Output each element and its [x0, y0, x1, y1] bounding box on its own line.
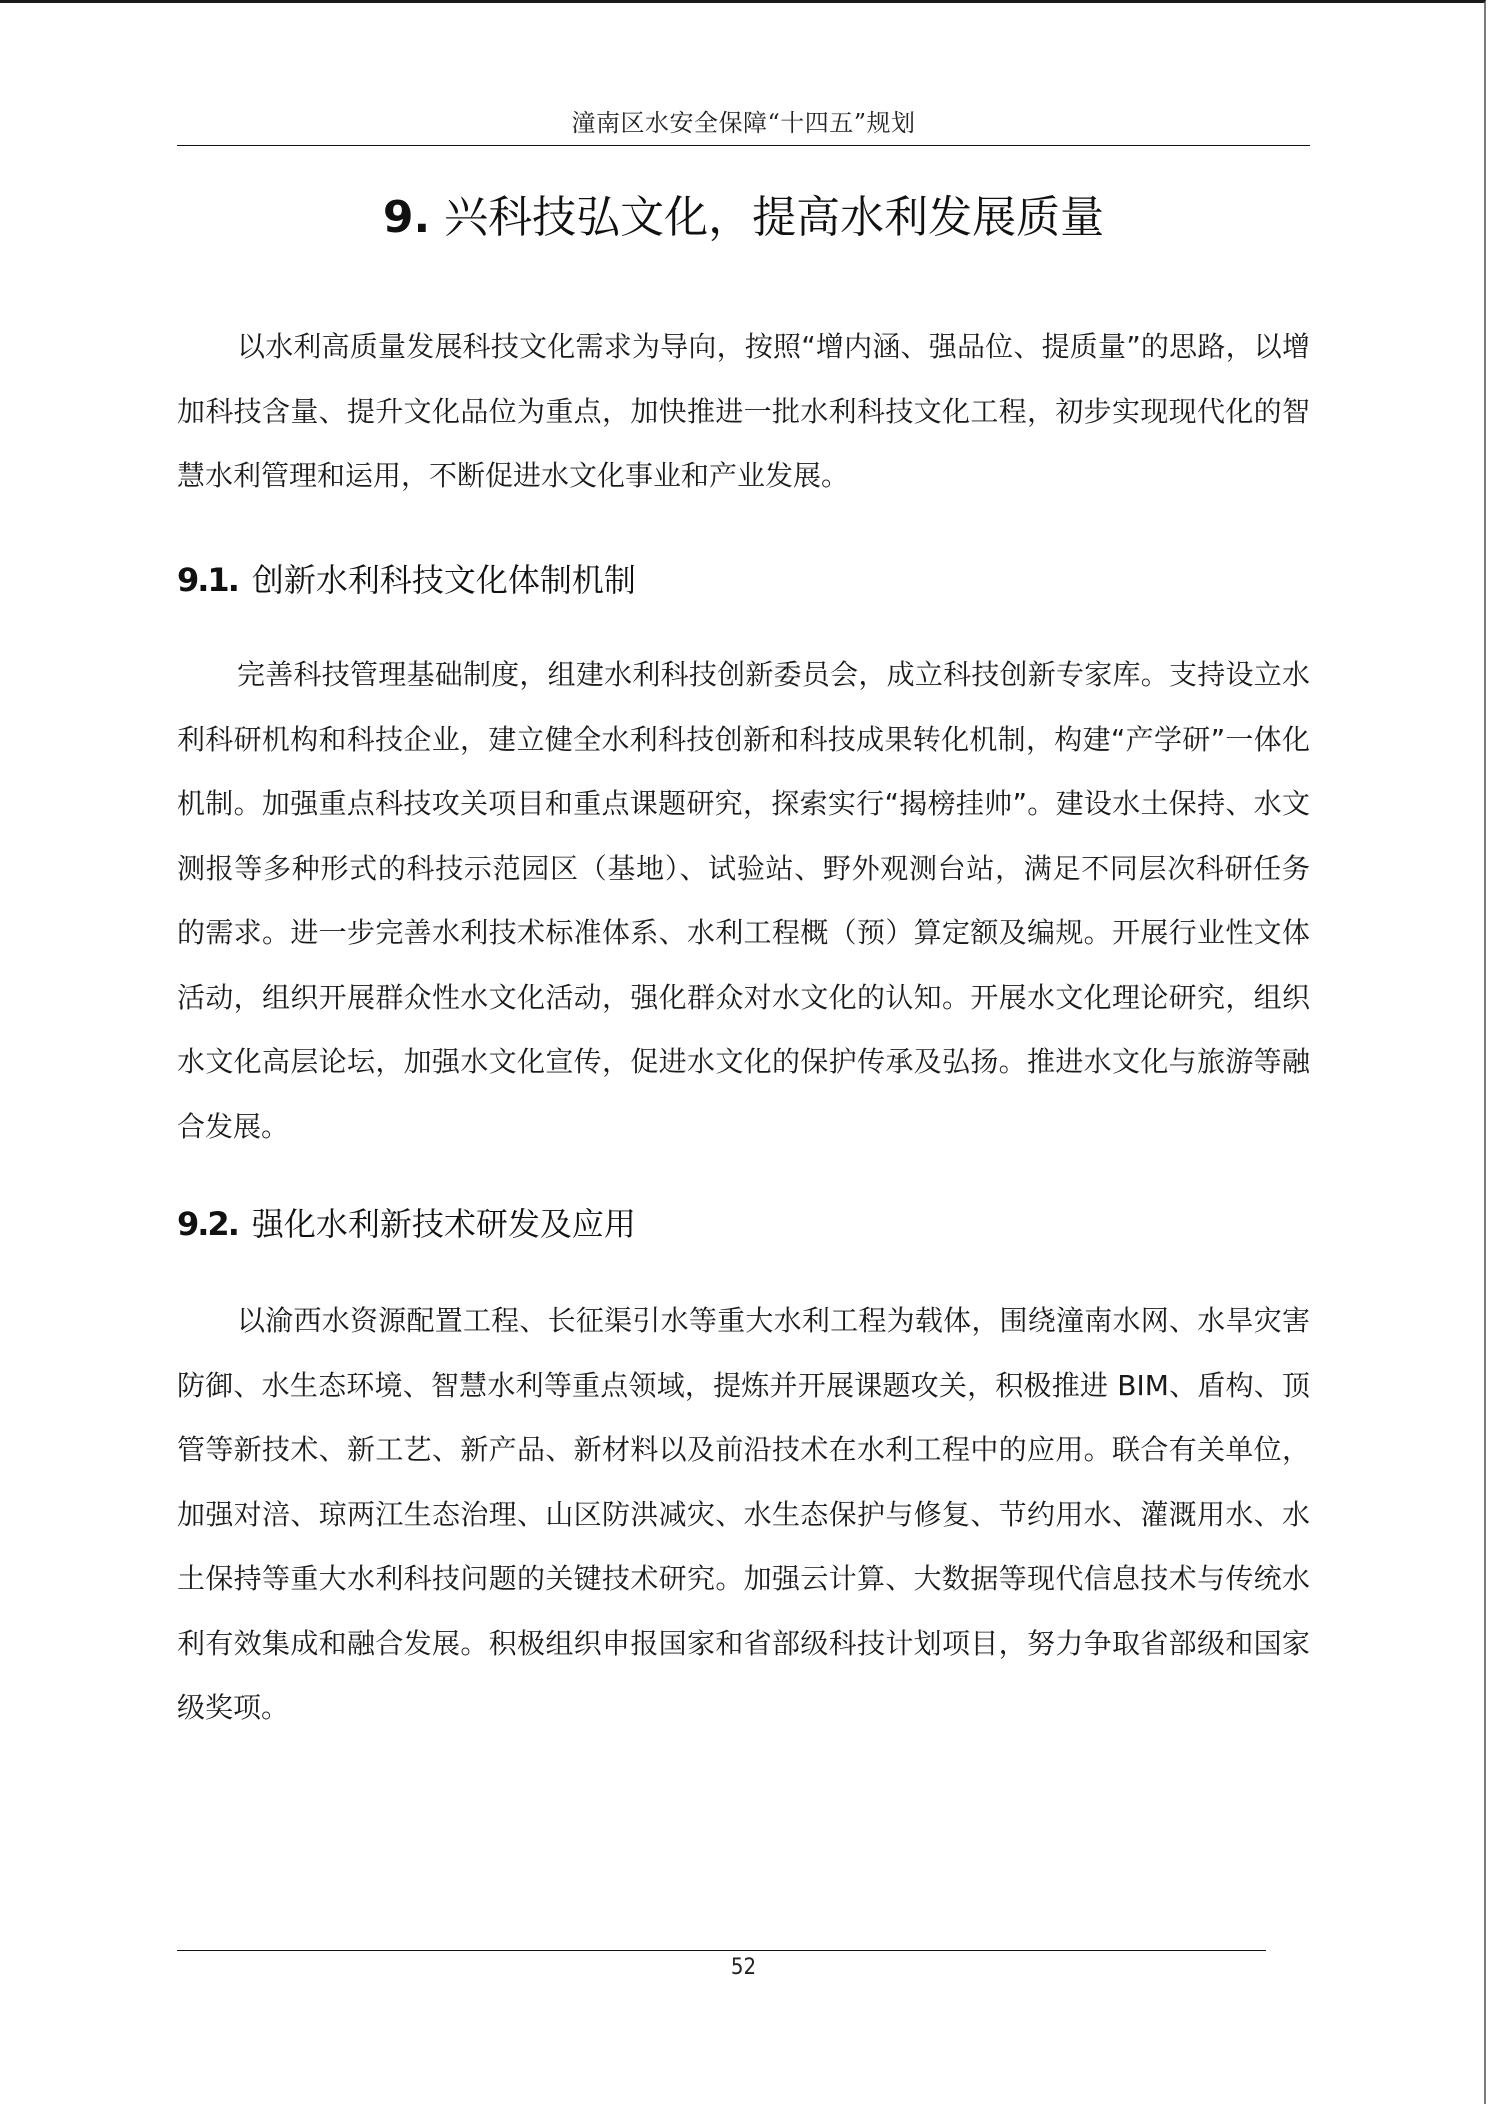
document-page: 潼南区水安全保障“十四五”规划 9. 兴科技弘文化，提高水利发展质量 以水利高质…	[0, 0, 1486, 2104]
section-9-2-paragraph: 以渝西水资源配置工程、长征渠引水等重大水利工程为载体，围绕潼南水网、水旱灾害防御…	[177, 1289, 1310, 1741]
header-rule	[177, 145, 1310, 146]
chapter-title-text: 兴科技弘文化，提高水利发展质量	[444, 192, 1104, 243]
footer-rule	[177, 1950, 1266, 1951]
section-title-text: 创新水利科技文化体制机制	[252, 561, 636, 599]
chapter-number: 9.	[383, 192, 430, 243]
section-heading-9-1: 9.1.创新水利科技文化体制机制	[177, 555, 1310, 601]
chapter-title: 9. 兴科技弘文化，提高水利发展质量	[177, 181, 1310, 245]
running-header: 潼南区水安全保障“十四五”规划	[177, 103, 1310, 138]
section-number: 9.2.	[177, 1205, 238, 1243]
page-number: 52	[177, 1955, 1310, 1980]
section-number: 9.1.	[177, 561, 238, 599]
section-heading-9-2: 9.2.强化水利新技术研发及应用	[177, 1199, 1310, 1245]
section-title-text: 强化水利新技术研发及应用	[252, 1205, 636, 1243]
chapter-intro-paragraph: 以水利高质量发展科技文化需求为导向，按照“增内涵、强品位、提质量”的思路，以增加…	[177, 315, 1310, 509]
section-9-1-paragraph: 完善科技管理基础制度，组建水利科技创新委员会，成立科技创新专家库。支持设立水利科…	[177, 643, 1310, 1159]
